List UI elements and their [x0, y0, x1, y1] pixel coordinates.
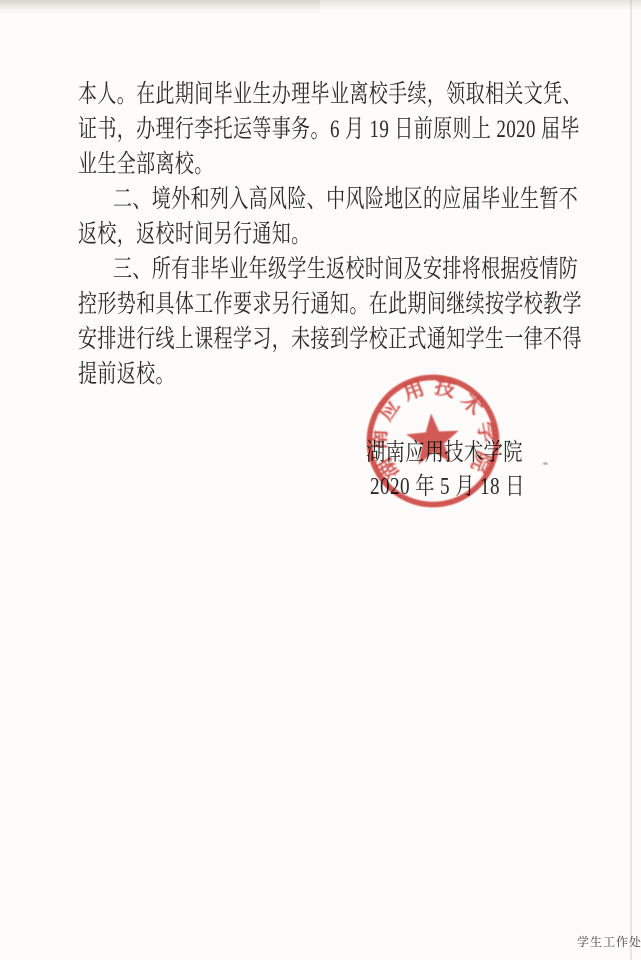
scan-top-shadow — [0, 0, 641, 10]
seal-char: 应 — [373, 394, 405, 425]
seal-char: 湖 — [372, 453, 403, 484]
body-line: 返校，返校时间另行通知。 — [78, 222, 311, 248]
body-line: 本人。在此期间毕业生办理毕业离校手续，领取相关文凭、 — [78, 82, 582, 108]
seal-char: 南 — [367, 429, 391, 450]
body-line: 提前返校。 — [78, 362, 175, 388]
scanned-notice-page: 本人。在此期间毕业生办理毕业离校手续，领取相关文凭、 证书，办理行李托运等事务。… — [0, 0, 641, 960]
body-line-item-2: 二、境外和列入高风险、中风险地区的应届毕业生暂不 — [78, 187, 578, 213]
official-seal: 湖 南 应 用 技 术 学 院 — [345, 353, 520, 528]
seal-star — [405, 412, 461, 466]
scan-right-edge-line — [630, 0, 632, 960]
scan-speck — [543, 462, 548, 465]
body-line: 业生全部离校。 — [78, 152, 214, 178]
seal-char: 院 — [466, 448, 496, 477]
body-line: 证书，办理行李托运等事务。6 月 19 日前原则上 2020 届毕 — [78, 117, 580, 143]
body-line: 安排进行线上课程学习，未接到学校正式通知学生一律不得 — [78, 327, 582, 353]
body-line: 控形势和具体工作要求另行通知。在此期间继续按学校教学 — [78, 292, 582, 318]
scan-top-left-shadow — [0, 0, 320, 14]
watermark-student-affairs-office: 学生工作处 — [577, 933, 641, 950]
body-line-item-3: 三、所有非毕业年级学生返校时间及安排将根据疫情防 — [78, 257, 578, 283]
seal-char: 术 — [456, 387, 489, 419]
